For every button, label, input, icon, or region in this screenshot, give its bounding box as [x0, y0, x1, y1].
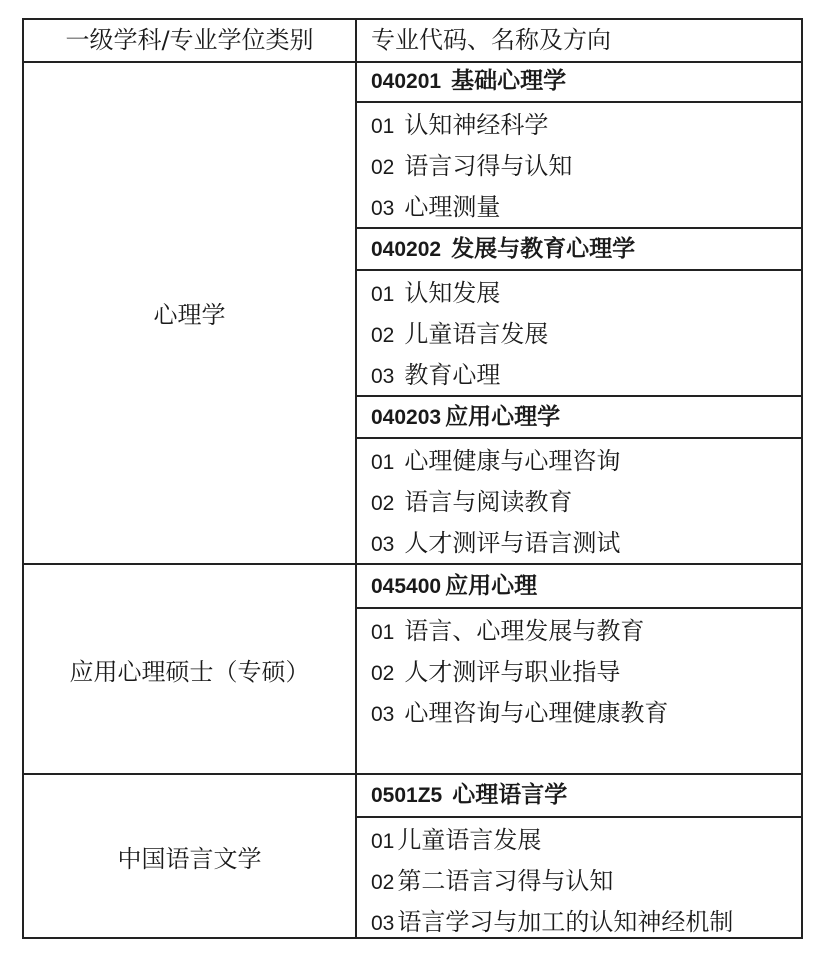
group-psychology: 心理学 040201基础心理学 01认知神经科学 02语言习得与认知 03心理测…: [24, 61, 801, 565]
direction-item: 03教育心理: [357, 355, 801, 396]
major-heading: 040202发展与教育心理学: [357, 229, 801, 271]
direction-number: 02: [371, 871, 394, 894]
direction-number: 03: [371, 533, 394, 556]
major-code: 040203: [371, 406, 441, 429]
direction-name: 语言、心理发展与教育: [404, 617, 644, 645]
direction-number: 03: [371, 365, 394, 388]
direction-name: 语言习得与认知: [404, 152, 572, 180]
majors-cell: 0501Z5心理语言学 01儿童语言发展 02第二语言习得与认知 03语言学习与…: [357, 775, 801, 937]
category-label: 中国语言文学: [118, 839, 262, 874]
majors-table: 一级学科/专业学位类别 专业代码、名称及方向 心理学 040201基础心理学 0…: [22, 18, 803, 939]
direction-number: 02: [371, 156, 394, 179]
direction-item: 02儿童语言发展: [357, 314, 801, 355]
major-code: 040202: [371, 238, 441, 261]
direction-name: 语言学习与加工的认知神经机制: [397, 908, 733, 936]
direction-number: 02: [371, 492, 394, 515]
direction-number: 01: [371, 451, 394, 474]
direction-number: 01: [371, 621, 394, 644]
direction-item: 03语言学习与加工的认知神经机制: [357, 902, 801, 943]
direction-item: 03心理测量: [357, 187, 801, 228]
direction-item: 02语言与阅读教育: [357, 482, 801, 523]
major-code: 045400: [371, 575, 441, 598]
direction-name: 人才测评与语言测试: [404, 529, 620, 557]
group-chinese-language-literature: 中国语言文学 0501Z5心理语言学 01儿童语言发展 02第二语言习得与认知 …: [24, 775, 801, 937]
direction-item: 01语言、心理发展与教育: [357, 611, 801, 652]
direction-item: 03人才测评与语言测试: [357, 523, 801, 564]
direction-number: 01: [371, 830, 394, 853]
group-applied-psychology-master: 应用心理硕士（专硕） 045400应用心理 01语言、心理发展与教育 02人才测…: [24, 565, 801, 775]
category-cell: 心理学: [24, 61, 357, 563]
major-block: 045400应用心理 01语言、心理发展与教育 02人才测评与职业指导 03心理…: [357, 565, 801, 773]
direction-number: 02: [371, 324, 394, 347]
header-major-code-name-direction: 专业代码、名称及方向: [357, 20, 801, 61]
major-code: 040201: [371, 70, 441, 93]
direction-name: 心理测量: [404, 193, 500, 221]
major-block: 0501Z5心理语言学 01儿童语言发展 02第二语言习得与认知 03语言学习与…: [357, 775, 801, 937]
direction-number: 01: [371, 283, 394, 306]
major-heading: 0501Z5心理语言学: [357, 775, 801, 818]
direction-name: 心理咨询与心理健康教育: [404, 699, 668, 727]
direction-number: 03: [371, 197, 394, 220]
category-cell: 应用心理硕士（专硕）: [24, 565, 357, 773]
direction-item: 02语言习得与认知: [357, 146, 801, 187]
direction-item: 01认知神经科学: [357, 105, 801, 146]
direction-name: 语言与阅读教育: [404, 488, 572, 516]
direction-list: 01语言、心理发展与教育 02人才测评与职业指导 03心理咨询与心理健康教育: [357, 609, 801, 773]
direction-item: 02人才测评与职业指导: [357, 652, 801, 693]
category-cell: 中国语言文学: [24, 775, 357, 937]
major-heading: 045400应用心理: [357, 565, 801, 609]
major-block: 040201基础心理学 01认知神经科学 02语言习得与认知 03心理测量: [357, 61, 801, 229]
direction-name: 认知神经科学: [404, 111, 548, 139]
direction-name: 认知发展: [404, 279, 500, 307]
direction-name: 心理健康与心理咨询: [404, 447, 620, 475]
major-name: 发展与教育心理学: [451, 236, 635, 262]
direction-item: 01儿童语言发展: [357, 820, 801, 861]
major-block: 040202发展与教育心理学 01认知发展 02儿童语言发展 03教育心理: [357, 229, 801, 397]
direction-list: 01认知神经科学 02语言习得与认知 03心理测量: [357, 103, 801, 227]
direction-name: 儿童语言发展: [404, 320, 548, 348]
direction-number: 01: [371, 115, 394, 138]
major-name: 应用心理学: [445, 404, 560, 430]
direction-number: 02: [371, 662, 394, 685]
direction-list: 01儿童语言发展 02第二语言习得与认知 03语言学习与加工的认知神经机制: [357, 818, 801, 937]
direction-item: 03心理咨询与心理健康教育: [357, 693, 801, 734]
direction-item: 01心理健康与心理咨询: [357, 441, 801, 482]
direction-item: 01认知发展: [357, 273, 801, 314]
major-name: 心理语言学: [452, 782, 567, 808]
direction-list: 01心理健康与心理咨询 02语言与阅读教育 03人才测评与语言测试: [357, 439, 801, 563]
direction-name: 教育心理: [404, 361, 500, 389]
direction-number: 03: [371, 703, 394, 726]
major-heading: 040201基础心理学: [357, 61, 801, 103]
majors-cell: 040201基础心理学 01认知神经科学 02语言习得与认知 03心理测量 04…: [357, 61, 801, 563]
major-code: 0501Z5: [371, 784, 442, 807]
direction-name: 第二语言习得与认知: [397, 867, 613, 895]
direction-name: 人才测评与职业指导: [404, 658, 620, 686]
direction-list: 01认知发展 02儿童语言发展 03教育心理: [357, 271, 801, 395]
majors-cell: 045400应用心理 01语言、心理发展与教育 02人才测评与职业指导 03心理…: [357, 565, 801, 773]
major-heading: 040203应用心理学: [357, 397, 801, 439]
major-name: 基础心理学: [451, 68, 566, 94]
category-label: 心理学: [154, 295, 226, 330]
direction-item: 02第二语言习得与认知: [357, 861, 801, 902]
direction-number: 03: [371, 912, 394, 935]
header-discipline-category: 一级学科/专业学位类别: [24, 20, 357, 61]
major-name: 应用心理: [445, 573, 537, 599]
table-header-row: 一级学科/专业学位类别 专业代码、名称及方向: [24, 20, 801, 63]
category-label: 应用心理硕士（专硕）: [70, 652, 310, 687]
direction-name: 儿童语言发展: [397, 826, 541, 854]
major-block: 040203应用心理学 01心理健康与心理咨询 02语言与阅读教育 03人才测评…: [357, 397, 801, 563]
